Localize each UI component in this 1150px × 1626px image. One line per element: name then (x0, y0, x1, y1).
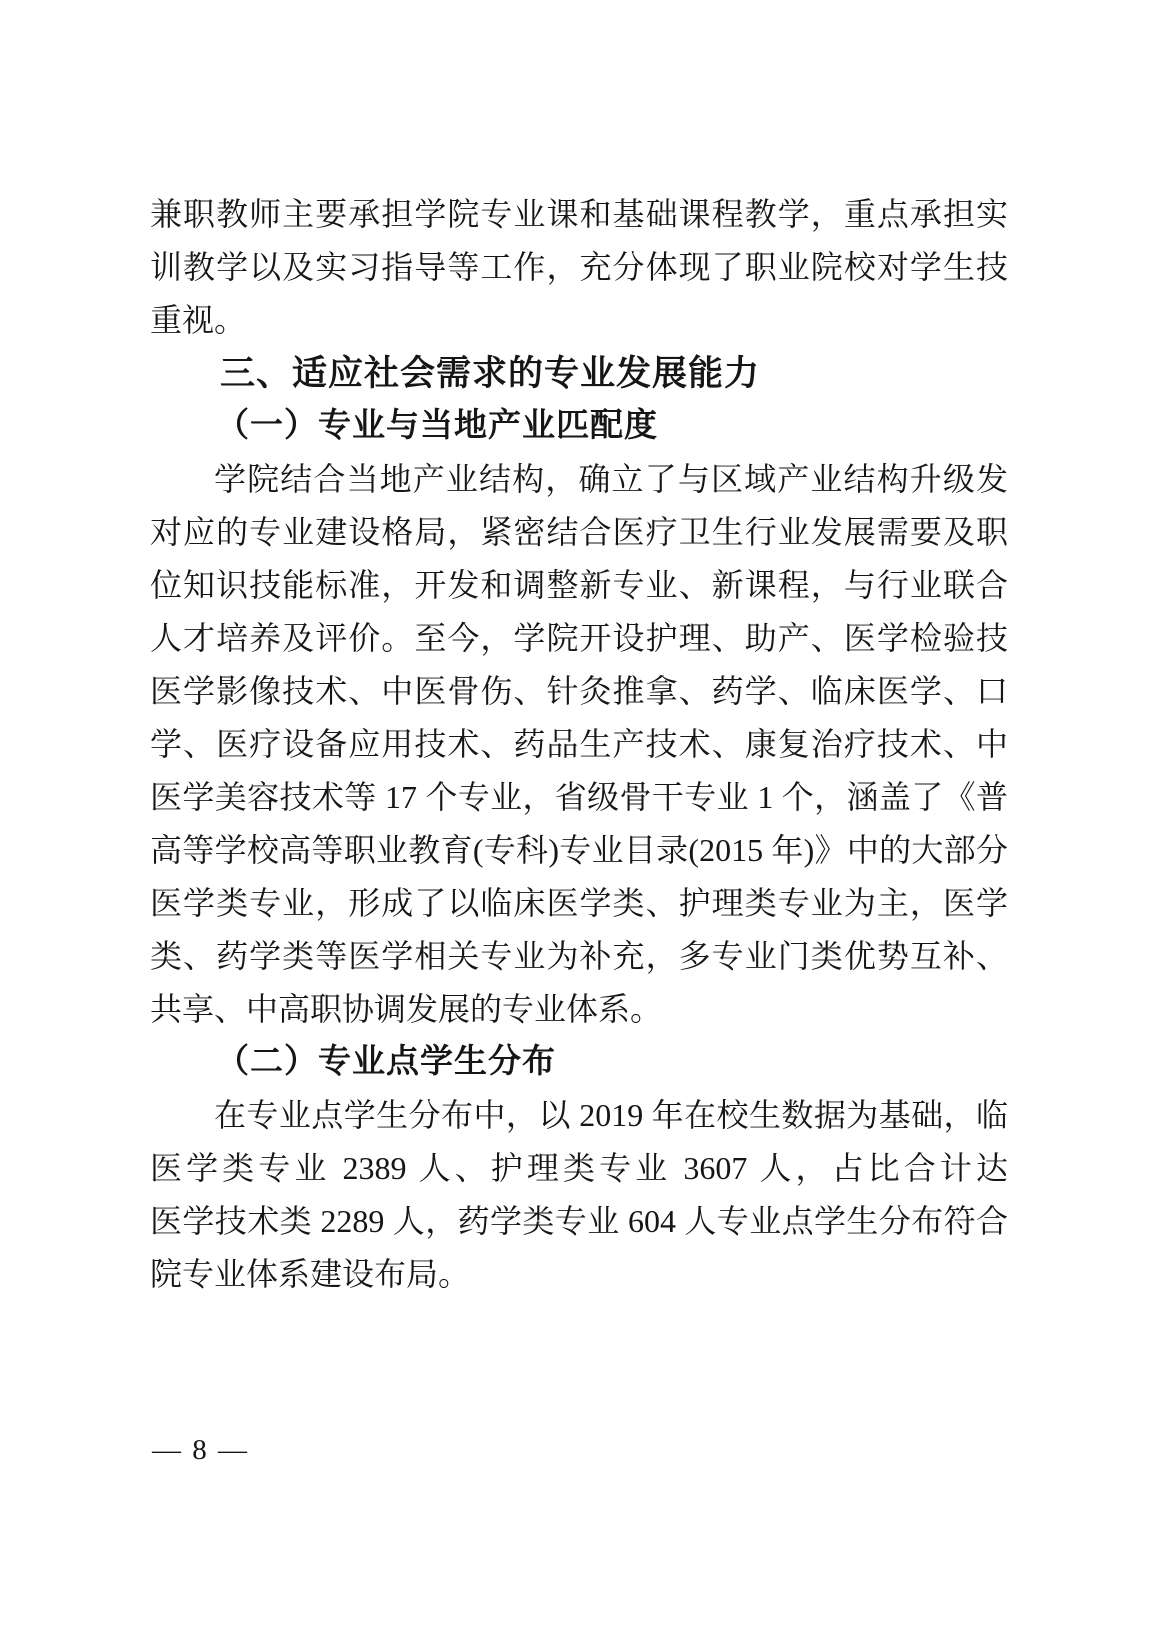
heading1: 三、适应社会需求的专业发展能力 (150, 347, 1008, 400)
text-line: 医学技术类 2289 人，药学类专业 604 人专业点学生分布符合学 (150, 1195, 1008, 1248)
page-number: — 8 — (152, 1434, 249, 1466)
paragraph: 在专业点学生分布中，以 2019 年在校生数据为基础，临床医学类专业 2389 … (150, 1089, 1008, 1301)
text-line: 医学影像技术、中医骨伤、针灸推拿、药学、临床医学、口腔医 (150, 665, 1008, 718)
text-line: （二）专业点学生分布 (150, 1036, 1008, 1089)
text-line: 兼职教师主要承担学院专业课和基础课程教学，重点承担实验实 (150, 188, 1008, 241)
paragraph: 兼职教师主要承担学院专业课和基础课程教学，重点承担实验实训教学以及实习指导等工作… (150, 188, 1008, 347)
text-line: 学院结合当地产业结构，确立了与区域产业结构升级发展相 (150, 453, 1008, 506)
text-line: 训教学以及实习指导等工作，充分体现了职业院校对学生技能的 (150, 241, 1008, 294)
text-line: 类、药学类等医学相关专业为补充，多专业门类优势互补、资源 (150, 930, 1008, 983)
text-line: 医学类专业，形成了以临床医学类、护理类专业为主，医学技术 (150, 877, 1008, 930)
document-page: 兼职教师主要承担学院专业课和基础课程教学，重点承担实验实训教学以及实习指导等工作… (0, 0, 1150, 1626)
text-line: 在专业点学生分布中，以 2019 年在校生数据为基础，临床 (150, 1089, 1008, 1142)
text-line: 医学美容技术等 17 个专业，省级骨干专业 1 个，涵盖了《普通 (150, 771, 1008, 824)
heading2: （一）专业与当地产业匹配度 (150, 400, 1008, 453)
heading2: （二）专业点学生分布 (150, 1036, 1008, 1089)
text-line: 对应的专业建设格局，紧密结合医疗卫生行业发展需要及职业岗 (150, 506, 1008, 559)
text-line: 高等学校高等职业教育(专科)专业目录(2015 年)》中的大部分 (150, 824, 1008, 877)
text-line: 共享、中高职协调发展的专业体系。 (150, 983, 1008, 1036)
text-line: （一）专业与当地产业匹配度 (150, 400, 1008, 453)
text-line: 位知识技能标准，开发和调整新专业、新课程，与行业联合开展 (150, 559, 1008, 612)
text-line: 人才培养及评价。至今，学院开设护理、助产、医学检验技术、 (150, 612, 1008, 665)
page-footer: — 8 — (152, 1427, 249, 1473)
text-line: 学、医疗设备应用技术、药品生产技术、康复治疗技术、中医学、 (150, 718, 1008, 771)
paragraph: 学院结合当地产业结构，确立了与区域产业结构升级发展相对应的专业建设格局，紧密结合… (150, 453, 1008, 1036)
text-line: 三、适应社会需求的专业发展能力 (150, 347, 1008, 400)
text-line: 院专业体系建设布局。 (150, 1248, 1008, 1301)
document-content: 兼职教师主要承担学院专业课和基础课程教学，重点承担实验实训教学以及实习指导等工作… (150, 188, 1008, 1301)
text-line: 医学类专业 2389 人、护理类专业 3607 人，占比合计达 67.3%， (150, 1142, 1008, 1195)
text-line: 重视。 (150, 294, 1008, 347)
